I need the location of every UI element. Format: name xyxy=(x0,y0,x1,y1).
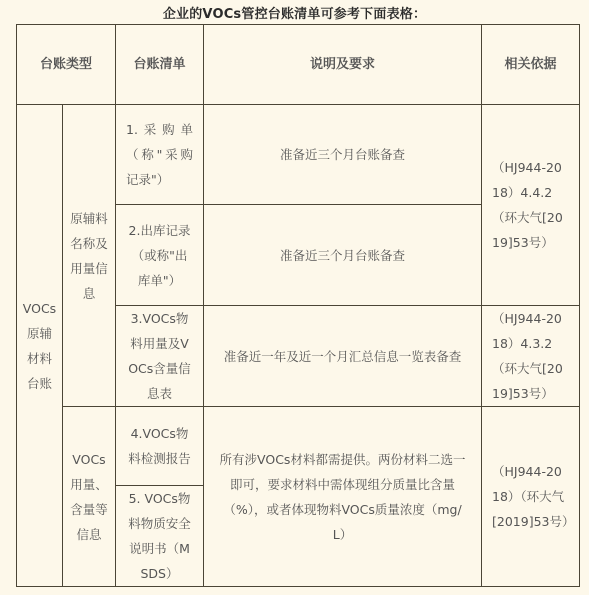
voc-ledger-table: 台账类型 台账清单 说明及要求 相关依据 VOCs原辅材料台账 原辅料名称及用量… xyxy=(16,24,580,587)
header-ledger-type: 台账类型 xyxy=(17,25,116,105)
table-row: VOCs原辅材料台账 原辅料名称及用量信息 1.采购单（称"采购记录"） 准备近… xyxy=(17,105,580,205)
item-description: 所有涉VOCs材料都需提供。两份材料二选一即可，要求材料中需体现组分质量比含量（… xyxy=(204,407,482,587)
ledger-category: VOCs原辅材料台账 xyxy=(17,105,63,587)
item-basis: （HJ944-2018）4.3.2（环大气[2019]53号） xyxy=(482,306,580,407)
header-basis: 相关依据 xyxy=(482,25,580,105)
page-title: 企业的VOCs管控台账清单可参考下面表格： xyxy=(0,3,589,22)
item-description: 准备近一年及近一个月汇总信息一览表备查 xyxy=(204,306,482,407)
header-row: 台账类型 台账清单 说明及要求 相关依据 xyxy=(17,25,580,105)
ledger-item-msds: 5. VOCs物料物质安全说明书（MSDS） xyxy=(116,486,204,587)
item-basis: （HJ944-2018）4.4.2（环大气[2019]53号） xyxy=(482,105,580,306)
ledger-item-usage-info-table: 3.VOCs物料用量及VOCs含量信息表 xyxy=(116,306,204,407)
table-row: VOCs用量、含量等信息 4.VOCs物料检测报告 所有涉VOCs材料都需提供。… xyxy=(17,407,580,486)
ledger-item-test-report: 4.VOCs物料检测报告 xyxy=(116,407,204,486)
group-name-voc-content: VOCs用量、含量等信息 xyxy=(63,407,116,587)
header-ledger-list: 台账清单 xyxy=(116,25,204,105)
item-description: 准备近三个月台账备查 xyxy=(204,105,482,205)
header-description: 说明及要求 xyxy=(204,25,482,105)
ledger-item-purchase-order: 1.采购单（称"采购记录"） xyxy=(116,105,204,205)
item-description: 准备近三个月台账备查 xyxy=(204,205,482,306)
ledger-item-outbound-record: 2.出库记录（或称"出库单"） xyxy=(116,205,204,306)
item-basis: （HJ944-2018）（环大气[2019]53号） xyxy=(482,407,580,587)
group-name-raw-material: 原辅料名称及用量信息 xyxy=(63,105,116,407)
